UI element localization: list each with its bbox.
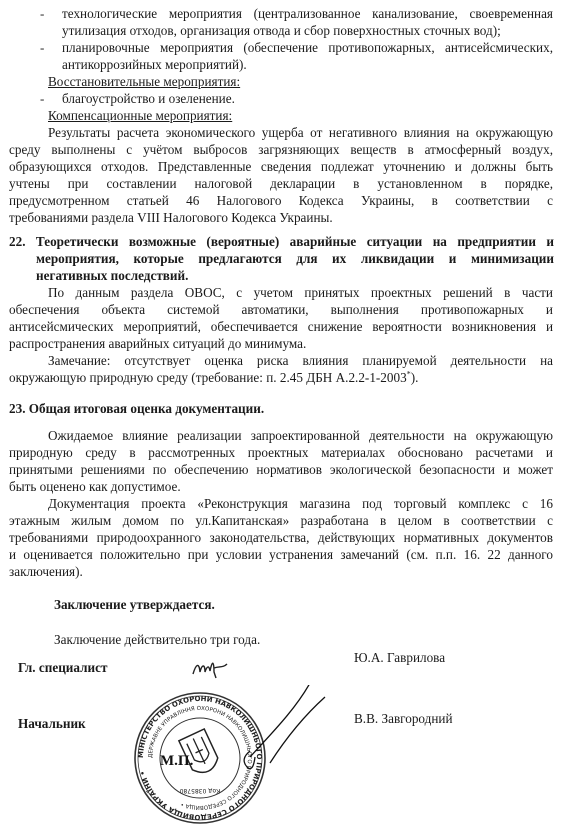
compensation-line: требованиями раздела VIII Налогового Код… — [9, 210, 333, 226]
validity-text: Заключение действительно три года. — [54, 632, 260, 648]
bullet-dash: - — [40, 6, 44, 22]
remark-text: окружающую природную среду (требование: … — [9, 370, 407, 385]
role-head: Начальник — [18, 716, 86, 732]
section-22-line: обеспечения объекта системой автоматики,… — [9, 302, 553, 318]
compensation-line: образующихся отходов. Представленные све… — [9, 159, 553, 175]
bullet-line: технологические мероприятия (централизов… — [62, 6, 553, 22]
restorative-item: благоустройство и озеленение. — [62, 91, 235, 107]
section-22-heading: негативных последствий. — [36, 268, 188, 284]
section-23-line: природную среду в рассмотренных проектны… — [9, 445, 553, 461]
compensation-line: среду выполнены с учётом выбросов загряз… — [9, 142, 553, 158]
role-chief-specialist: Гл. специалист — [18, 660, 107, 676]
section-22-line: антисейсмических мероприятий, обеспечива… — [9, 319, 553, 335]
section-22-line: По данным раздела ОВОС, с учетом приняты… — [48, 285, 553, 301]
section-23-line: и оценивается положительно при условии у… — [9, 547, 553, 563]
bullet-line: утилизация отходов, организация отвода и… — [62, 23, 501, 39]
section-22-remark: Замечание: отсутствует оценка риска влия… — [48, 353, 553, 369]
bullet-dash: - — [40, 91, 44, 107]
bullet-line: планировочные мероприятия (обеспечение п… — [62, 40, 553, 56]
bullet-line: антикоррозийных мероприятий). — [62, 57, 247, 73]
remark-end: ). — [411, 370, 419, 385]
section-23-line: заключения). — [9, 564, 83, 580]
section-23-line: принятыми решениями по обеспечению норма… — [9, 462, 553, 478]
signature-gavrilova — [190, 658, 230, 680]
approved-text: Заключение утверждается. — [54, 597, 215, 613]
official-stamp: МІНІСТЕРСТВО ОХОРОНИ НАВКОЛИШНЬОГО ПРИРО… — [100, 685, 340, 831]
section-23-line: Документация проекта «Реконструкция мага… — [48, 496, 553, 512]
name-head: В.В. Завгородний — [354, 711, 453, 727]
svg-text:Код 0385780: Код 0385780 — [179, 787, 220, 794]
section-22-line: распространения аварийных ситуаций до ми… — [9, 336, 306, 352]
compensation-heading: Компенсационные мероприятия: — [48, 108, 232, 124]
section-22-heading: 22. Теоретически возможные (вероятные) а… — [9, 234, 554, 250]
document-page: - технологические мероприятия (централиз… — [0, 0, 580, 831]
bullet-dash: - — [40, 40, 44, 56]
compensation-line: предусмотренном статьей 46 Налогового Ко… — [9, 193, 553, 209]
section-23-line: требованиями природоохранного законодате… — [9, 530, 553, 546]
section-23-heading: 23. Общая итоговая оценка документации. — [9, 401, 264, 417]
restorative-heading: Восстановительные мероприятия: — [48, 74, 240, 90]
mp-label: М.П. — [160, 753, 194, 769]
section-22-remark: окружающую природную среду (требование: … — [9, 370, 418, 386]
compensation-line: Результаты расчета экономического ущерба… — [48, 125, 553, 141]
section-23-line: быть оценено как допустимое. — [9, 479, 181, 495]
section-22-heading: мероприятия, которые предлагаются для их… — [36, 251, 554, 267]
section-23-line: этажным жилым домом по ул.Капитанская» р… — [9, 513, 553, 529]
section-23-line: Ожидаемое влияние реализации запроектиро… — [48, 428, 553, 444]
compensation-line: учтены при составлении налоговой деклара… — [9, 176, 553, 192]
name-chief-specialist: Ю.А. Гаврилова — [354, 650, 445, 666]
